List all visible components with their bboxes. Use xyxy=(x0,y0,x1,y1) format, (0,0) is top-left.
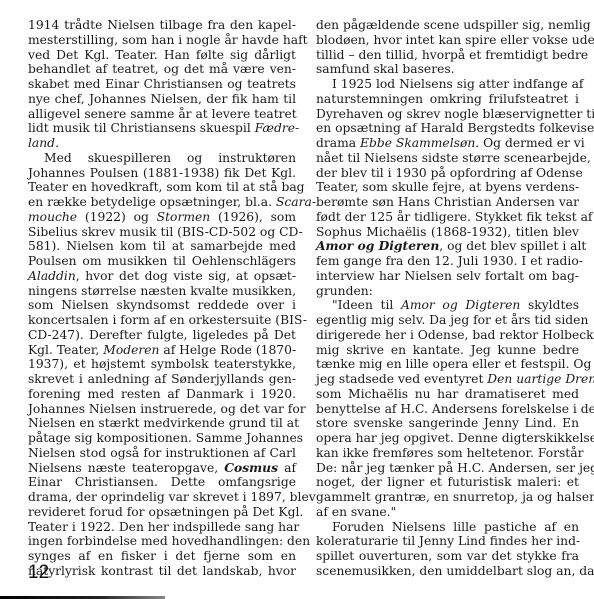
text-line: 1937), et højstemt symbolsk teaterstykke… xyxy=(28,357,296,372)
text-line: Nielsen stod også for instruktionen af C… xyxy=(28,446,296,461)
text-line: land. xyxy=(28,136,296,151)
text-segment: Johannes Nielsen instruerede, og det var… xyxy=(28,402,306,416)
text-segment: drama xyxy=(316,136,360,150)
text-line: natyrlyrisk kontrast til det landskab, h… xyxy=(28,564,296,579)
text-segment: jeg stadsede ved eventyret xyxy=(316,372,487,386)
text-line: Einar Christiansen. Dette omfangsrige xyxy=(28,475,296,490)
text-line: Poulsen om musikken til Oehlenschlägers xyxy=(28,254,296,269)
text-line: nået til Nielsens sidste større scenearb… xyxy=(316,151,579,166)
text-segment: (1926), som xyxy=(210,210,296,224)
text-line: kan ikke fremføres som heltetenor. Forst… xyxy=(316,446,579,461)
text-segment: en opsætning af Harald Bergstedts folkev… xyxy=(316,121,594,135)
text-line: som Nielsen skyndsomst reddede over i xyxy=(28,298,296,313)
text-segment: berømte søn Hans Christian Andersen var xyxy=(316,195,579,209)
left-text-column: 1914 trådte Nielsen tilbage fra den kape… xyxy=(28,18,296,579)
text-line: Sophus Michaëlis (1868-1932), titlen ble… xyxy=(316,225,579,240)
emphasized-title: Stormen xyxy=(157,210,211,224)
text-line: I 1925 lod Nielsens sig atter indfange a… xyxy=(316,77,579,92)
text-line: dirigerede her i Odense, bad rektor Holb… xyxy=(316,328,579,343)
text-segment: ningens størrelse næsten kvalte musikken… xyxy=(28,284,296,298)
text-line: interview har Nielsen selv fortalt om ba… xyxy=(316,269,579,284)
text-segment: som Nielsen skyndsomst reddede over i xyxy=(28,298,296,312)
emphasized-title: Aladdin xyxy=(28,269,76,283)
text-segment: naturstemningen omkring frilufsteatret i xyxy=(316,92,579,106)
text-line: nye chef, Johannes Nielsen, der fik ham … xyxy=(28,92,296,107)
text-line: mouche (1922) og Stormen (1926), som xyxy=(28,210,296,225)
text-segment: Kgl. Teater, xyxy=(28,343,103,357)
text-line: koleraturarie til Jenny Lind findes her … xyxy=(316,534,579,549)
text-segment: nået til Nielsens sidste større scenearb… xyxy=(316,151,591,165)
text-segment: revideret forud for opsætningen på Det K… xyxy=(28,505,303,519)
text-line: 1914 trådte Nielsen tilbage fra den kape… xyxy=(28,18,296,33)
text-segment: egentlig mig selv. Da jeg for et års tid… xyxy=(316,313,588,327)
text-segment: spillet ouverturen, som var det stykke f… xyxy=(316,549,579,563)
text-line: der blev til i 1930 på opfordring af Ode… xyxy=(316,166,579,181)
text-line: Sibelius skrev musik til (BIS-CD-502 og … xyxy=(28,225,296,240)
text-segment: Nielsen stod også for instruktionen af C… xyxy=(28,446,296,460)
text-line: Amor og Digteren, og det blev spillet i … xyxy=(316,239,579,254)
text-line: synges af en fisker i det fjerne som en xyxy=(28,549,296,564)
text-segment: mesterstilling, som han i nogle år havde… xyxy=(28,33,308,47)
text-segment: alligevel senere samme år at levere teat… xyxy=(28,107,297,121)
text-line: Teater i 1922. Den her indspillede sang … xyxy=(28,520,296,535)
text-segment: Teater, som skulle fejre, at byens verde… xyxy=(316,180,579,194)
text-line: noget, der ligner et futuristisk maleri:… xyxy=(316,475,579,490)
text-segment: scenemusikken, den umiddelbart slog an, … xyxy=(316,564,594,578)
text-segment: ingen forbindelse med hovedhandlingen: d… xyxy=(28,534,310,548)
text-segment: Nielsen en stærkt medvirkende grund til … xyxy=(28,416,299,430)
text-segment: af Helge Rode (1870- xyxy=(159,343,296,357)
text-line: skabet med Einar Christiansen og teatret… xyxy=(28,77,296,92)
text-segment: nye chef, Johannes Nielsen, der fik ham … xyxy=(28,92,296,106)
text-line: den pågældende scene udspiller sig, neml… xyxy=(316,18,579,33)
text-line: påtage sig kompositionen. Samme Johannes xyxy=(28,431,296,446)
text-segment: forening med resten af Danmark i 1920. xyxy=(28,387,296,401)
text-line: samfund skal baseres. xyxy=(316,62,579,77)
text-segment: samfund skal baseres. xyxy=(316,62,455,76)
text-line: blodøen, hvor intet kan spire eller voks… xyxy=(316,33,579,48)
text-line: Aladdin, hvor det dog viste sig, at opsæ… xyxy=(28,269,296,284)
text-line: Teater en hovedkraft, som kom til at stå… xyxy=(28,180,296,195)
emphasized-title: Den uartige Dreng xyxy=(487,372,594,386)
text-line: store svenske sangerinde Jenny Lind. En xyxy=(316,416,579,431)
text-line: berømte søn Hans Christian Andersen var xyxy=(316,195,579,210)
text-line: scenemusikken, den umiddelbart slog an, … xyxy=(316,564,579,579)
text-segment: en række betydelige opsætninger, bl.a. xyxy=(28,195,276,209)
text-line: koncertsalen i form af en orkestersuite … xyxy=(28,313,296,328)
emphasized-title: Moderen xyxy=(103,343,159,357)
text-segment: CD-247). Derefter fulgte, ligeledes på D… xyxy=(28,328,296,342)
text-line: grunden: xyxy=(316,284,579,299)
text-line: gammelt grantræ, en snurretop, ja og hal… xyxy=(316,490,579,505)
text-segment: . xyxy=(55,136,59,150)
text-segment: interview har Nielsen selv fortalt om ba… xyxy=(316,269,579,283)
text-line: CD-247). Derefter fulgte, ligeledes på D… xyxy=(28,328,296,343)
text-line: skrevet i anledning af Sønderjyllands ge… xyxy=(28,372,296,387)
text-segment: koleraturarie til Jenny Lind findes her … xyxy=(316,534,580,548)
text-line: Dyrehaven og skrev nogle blæservignetter… xyxy=(316,107,579,122)
text-segment: som Michaëlis nu har dramatiseret med xyxy=(316,387,579,401)
text-line: Nielsen en stærkt medvirkende grund til … xyxy=(28,416,296,431)
text-segment: . Og dermed er vi xyxy=(475,136,584,150)
text-line: Nielsens næste teateropgave, Cosmus af xyxy=(28,461,296,476)
text-segment: Teater i 1922. Den her indspillede sang … xyxy=(28,520,299,534)
text-segment: dirigerede her i Odense, bad rektor Holb… xyxy=(316,328,594,342)
text-segment: påtage sig kompositionen. Samme Johannes xyxy=(28,431,303,445)
text-segment: Johannes Poulsen (1881-1938) fik Det Kgl… xyxy=(28,166,296,180)
text-segment: De: når jeg tænker på H.C. Andersen, ser… xyxy=(316,461,594,475)
text-line: drama, der oprindelig var skrevet i 1897… xyxy=(28,490,296,505)
emphasized-title: Cosmus xyxy=(224,460,278,475)
text-line: "Ideen til Amor og Digteren skyldtes xyxy=(316,298,579,313)
text-line: som Michaëlis nu har dramatiseret med xyxy=(316,387,579,402)
text-segment: gammelt grantræ, en snurretop, ja og hal… xyxy=(316,490,594,504)
text-segment: benyttelse af H.C. Andersens forelskelse… xyxy=(316,402,594,416)
text-line: ingen forbindelse med hovedhandlingen: d… xyxy=(28,534,296,549)
text-segment: skyldtes xyxy=(520,298,579,312)
text-segment: 1937), et højstemt symbolsk teaterstykke… xyxy=(28,357,296,371)
page-number: 12 xyxy=(28,562,49,584)
text-line: naturstemningen omkring frilufsteatret i xyxy=(316,92,579,107)
text-line: opera har jeg opgivet. Denne digterskikk… xyxy=(316,431,579,446)
text-segment: Med skuespilleren og instruktøren xyxy=(44,151,296,165)
text-segment: lidt musik til Christiansens skuespil xyxy=(28,121,255,135)
emphasized-title: Fædre- xyxy=(255,121,299,135)
text-line: fem gange fra den 12. Juli 1930. I et ra… xyxy=(316,254,579,269)
text-segment: grunden: xyxy=(316,284,373,298)
text-segment: , og det blev spillet i alt xyxy=(439,239,586,253)
text-line: født der 125 år tidligere. Stykket fik t… xyxy=(316,210,579,225)
text-segment: blodøen, hvor intet kan spire eller voks… xyxy=(316,33,594,47)
text-segment: ved Det Kgl. Teater. Han følte sig dårli… xyxy=(28,48,296,62)
text-segment: skabet med Einar Christiansen og teatret… xyxy=(28,77,296,91)
text-line: Foruden Nielsens lille pastiche af en xyxy=(316,520,579,535)
emphasized-title: mouche xyxy=(28,210,77,224)
emphasized-title: land xyxy=(28,136,55,150)
text-segment: Poulsen om musikken til Oehlenschlägers xyxy=(28,254,296,268)
text-line: ningens størrelse næsten kvalte musikken… xyxy=(28,284,296,299)
emphasized-title: Ebbe Skammelsøn xyxy=(360,136,475,150)
text-segment: der blev til i 1930 på opfordring af Ode… xyxy=(316,166,583,180)
text-segment: 581). Nielsen kom til at samarbejde med xyxy=(28,239,296,253)
text-segment: opera har jeg opgivet. Denne digterskikk… xyxy=(316,431,594,445)
text-segment: Einar Christiansen. Dette omfangsrige xyxy=(28,475,296,489)
text-segment: natyrlyrisk kontrast til det landskab, h… xyxy=(28,564,296,578)
text-segment: store svenske sangerinde Jenny Lind. En xyxy=(316,416,579,430)
text-segment: Dyrehaven og skrev nogle blæservignetter… xyxy=(316,107,594,121)
text-segment: tillid – den tillid, hvorpå et fremtidig… xyxy=(316,48,588,62)
text-segment: født der 125 år tidligere. Stykket fik t… xyxy=(316,210,592,224)
text-segment: I 1925 lod Nielsens sig atter indfange a… xyxy=(332,77,584,91)
text-segment: noget, der ligner et futuristisk maleri:… xyxy=(316,475,579,489)
text-line: Johannes Poulsen (1881-1938) fik Det Kgl… xyxy=(28,166,296,181)
text-line: tillid – den tillid, hvorpå et fremtidig… xyxy=(316,48,579,63)
text-segment: 1914 trådte Nielsen tilbage fra den kape… xyxy=(28,18,296,32)
text-line: spillet ouverturen, som var det stykke f… xyxy=(316,549,579,564)
text-segment: (1922) og xyxy=(77,210,157,224)
text-segment: synges af en fisker i det fjerne som en xyxy=(28,549,296,563)
text-segment: Sophus Michaëlis (1868-1932), titlen ble… xyxy=(316,225,579,239)
text-segment: skrevet i anledning af Sønderjyllands ge… xyxy=(28,372,296,386)
text-segment: Sibelius skrev musik til (BIS-CD-502 og … xyxy=(28,225,303,239)
text-segment: behandlet af teatret, og det må være ven… xyxy=(28,62,296,76)
text-line: ved Det Kgl. Teater. Han følte sig dårli… xyxy=(28,48,296,63)
text-segment: Foruden Nielsens lille pastiche af en xyxy=(332,520,579,534)
text-line: drama Ebbe Skammelsøn. Og dermed er vi xyxy=(316,136,579,151)
text-segment: fem gange fra den 12. Juli 1930. I et ra… xyxy=(316,254,583,268)
text-line: behandlet af teatret, og det må være ven… xyxy=(28,62,296,77)
text-segment: kan ikke fremføres som heltetenor. Forst… xyxy=(316,446,583,460)
emphasized-title: Amor og Digteren xyxy=(401,298,520,312)
emphasized-title: Amor og Digteren xyxy=(316,238,439,253)
text-segment: af en svane." xyxy=(316,505,396,519)
text-line: benyttelse af H.C. Andersens forelskelse… xyxy=(316,402,579,417)
text-segment: Nielsens næste teateropgave, xyxy=(28,461,224,475)
text-line: 581). Nielsen kom til at samarbejde med xyxy=(28,239,296,254)
text-line: De: når jeg tænker på H.C. Andersen, ser… xyxy=(316,461,579,476)
text-segment: mig skrive en kantate. Jeg kunne bedre xyxy=(316,343,579,357)
text-segment: den pågældende scene udspiller sig, neml… xyxy=(316,18,591,32)
text-line: Med skuespilleren og instruktøren xyxy=(28,151,296,166)
text-line: egentlig mig selv. Da jeg for et års tid… xyxy=(316,313,579,328)
text-line: mesterstilling, som han i nogle år havde… xyxy=(28,33,296,48)
text-line: mig skrive en kantate. Jeg kunne bedre xyxy=(316,343,579,358)
text-line: Johannes Nielsen instruerede, og det var… xyxy=(28,402,296,417)
text-line: en række betydelige opsætninger, bl.a. S… xyxy=(28,195,296,210)
text-segment: Teater en hovedkraft, som kom til at stå… xyxy=(28,180,305,194)
right-text-column: den pågældende scene udspiller sig, neml… xyxy=(316,18,579,579)
text-line: Kgl. Teater, Moderen af Helge Rode (1870… xyxy=(28,343,296,358)
text-line: revideret forud for opsætningen på Det K… xyxy=(28,505,296,520)
text-segment: koncertsalen i form af en orkestersuite … xyxy=(28,313,307,327)
text-line: tænke mig en lille opera eller et festsp… xyxy=(316,357,579,372)
text-segment: af xyxy=(278,461,296,475)
text-line: jeg stadsede ved eventyret Den uartige D… xyxy=(316,372,579,387)
text-segment: tænke mig en lille opera eller et festsp… xyxy=(316,357,591,371)
text-segment: "Ideen til xyxy=(332,298,401,312)
text-line: alligevel senere samme år at levere teat… xyxy=(28,107,296,122)
text-segment: drama, der oprindelig var skrevet i 1897… xyxy=(28,490,316,504)
emphasized-title: Scara- xyxy=(276,195,316,209)
text-line: af en svane." xyxy=(316,505,579,520)
text-line: Teater, som skulle fejre, at byens verde… xyxy=(316,180,579,195)
text-line: forening med resten af Danmark i 1920. xyxy=(28,387,296,402)
text-line: en opsætning af Harald Bergstedts folkev… xyxy=(316,121,579,136)
text-segment: , hvor det dog viste sig, at opsæt- xyxy=(76,269,296,283)
text-line: lidt musik til Christiansens skuespil Fæ… xyxy=(28,121,296,136)
